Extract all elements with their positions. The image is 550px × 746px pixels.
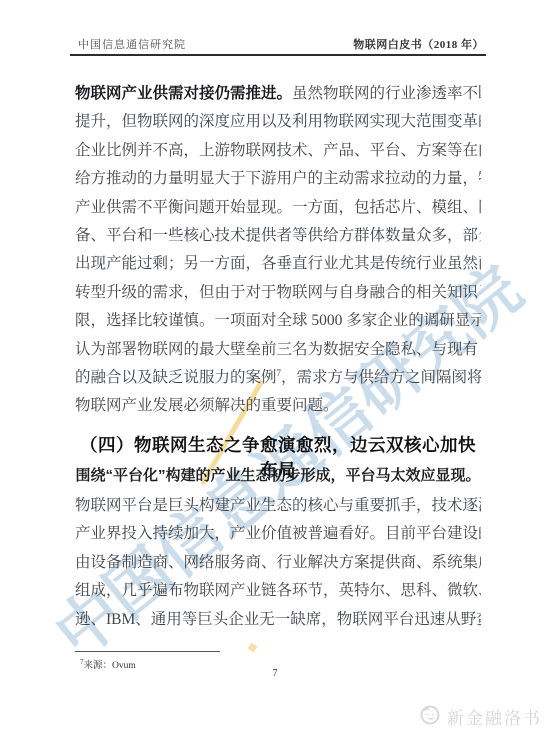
body-line: 认为部署物联网的最大壁垒前三名为数据安全隐私、与现有 IT 系统 bbox=[75, 336, 481, 364]
body-line: 企业比例并不高，上游物联网技术、产品、平台、方案等在内的供 bbox=[75, 137, 481, 165]
brand-watermark-label: 新金融洛书 bbox=[447, 704, 542, 729]
footnote-separator bbox=[75, 651, 220, 652]
body-line: 组成，几乎遍布物联网产业链各环节，英特尔、思科、微软、亚马 bbox=[75, 577, 481, 605]
body-line: 逊、IBM、通用等巨头企业无一缺席，物联网平台迅速从野蛮生长期 bbox=[75, 606, 481, 634]
body-line: 备、平台和一些核心技术提供者等供给方群体数量众多，部分环节 bbox=[75, 222, 481, 250]
body-line: 限，选择比较谨慎。一项面对全球 5000 多家企业的调研显示，企业 bbox=[75, 307, 481, 335]
body-text: ，需求方与供给方之间隔阂将是未来 bbox=[281, 369, 481, 386]
body-text: 虽然物联网的行业渗透率不断 bbox=[292, 85, 481, 102]
watermark-yellow-fleck bbox=[248, 643, 258, 653]
page-number: 7 bbox=[0, 668, 550, 679]
body-line-with-footnote-ref: 的融合以及缺乏说服力的案例7，需求方与供给方之间隔阂将是未来 bbox=[75, 364, 481, 392]
body-text: 的融合以及缺乏说服力的案例 bbox=[75, 369, 277, 386]
body-line: 物联网产业供需对接仍需推进。虽然物联网的行业渗透率不断 bbox=[75, 80, 481, 108]
body-line: 产业界投入持续加大，产业价值被普遍看好。目前平台建设的主体 bbox=[75, 520, 481, 548]
body-line: 转型升级的需求，但由于对于物联网与自身融合的相关知识了解有 bbox=[75, 279, 481, 307]
header-rule bbox=[70, 54, 486, 56]
header-document-title: 物联网白皮书（2018 年） bbox=[353, 36, 484, 52]
brand-watermark: 新金融洛书 bbox=[418, 702, 542, 731]
body-line: 物联网平台是巨头构建产业生态的核心与重要抓手，技术逐渐成熟， bbox=[75, 492, 481, 520]
body-line: 给方推动的力量明显大于下游用户的主动需求拉动的力量，物联网 bbox=[75, 165, 481, 193]
header-organization: 中国信息通信研究院 bbox=[78, 36, 186, 52]
paragraph-lead-bold: 物联网产业供需对接仍需推进。 bbox=[75, 85, 292, 102]
body-line: 物联网产业发展必须解决的重要问题。 bbox=[75, 392, 481, 420]
body-line: 出现产能过剩；另一方面，各垂直行业尤其是传统行业虽然面临着 bbox=[75, 250, 481, 278]
paragraph-supply-demand: 物联网产业供需对接仍需推进。虽然物联网的行业渗透率不断 提升，但物联网的深度应用… bbox=[75, 80, 481, 421]
body-line: 产业供需不平衡问题开始显现。一方面，包括芯片、模组、网络设 bbox=[75, 194, 481, 222]
cat-face-logo-icon bbox=[418, 702, 442, 731]
body-line: 由设备制造商、网络服务商、行业解决方案提供商、系统集成商等 bbox=[75, 549, 481, 577]
paragraph-platform-ecosystem: 物联网平台是巨头构建产业生态的核心与重要抓手，技术逐渐成熟， 产业界投入持续加大… bbox=[75, 492, 481, 634]
section-subheading: 围绕“平台化”构建的产业生态初步形成，平台马太效应显现。 bbox=[75, 464, 481, 485]
document-page: 中国信息通信研究院 中国信息通信研究院 物联网白皮书（2018 年） 物联网产业… bbox=[0, 0, 550, 746]
body-line: 提升，但物联网的深度应用以及利用物联网实现大范围变革的行业 bbox=[75, 108, 481, 136]
